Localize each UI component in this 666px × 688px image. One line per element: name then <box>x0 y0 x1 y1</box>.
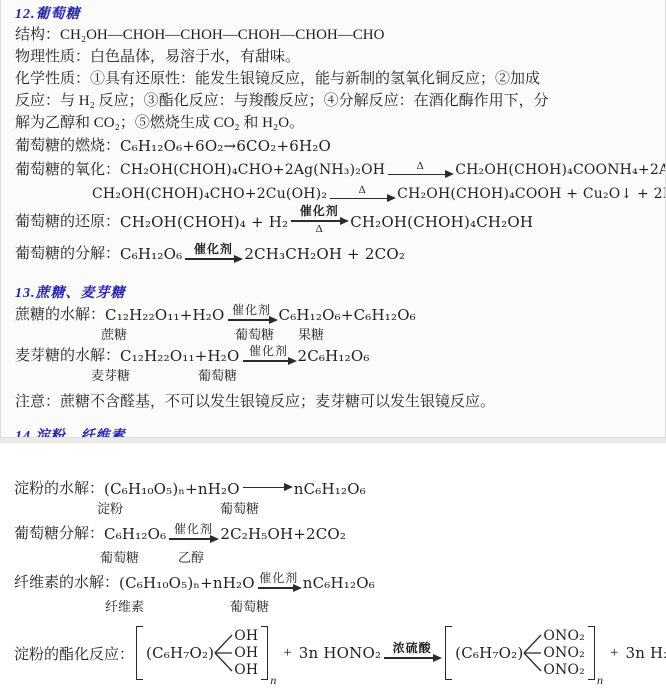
sublabel-sucrose: 蔗糖 <box>101 327 127 343</box>
starch-sublabels: 淀粉 葡萄糖 <box>14 501 662 518</box>
glucose-decomp-left: C₆H₁₂O₆ <box>104 518 166 550</box>
oh-group: OH <box>234 662 258 679</box>
glucose-chemical-line-1: 化学性质：①具有还原性：能发生银镜反应，能与新制的氢氧化铜反应；②加成 <box>15 68 661 90</box>
left-bracket <box>136 626 143 680</box>
glucose-oxidation-line-1: 葡萄糖的氧化： CH₂OH(CHOH)₄CHO+2Ag(NH₃)₂OH Δ CH… <box>15 158 661 182</box>
arrow-shaft <box>243 487 291 488</box>
starch-triol-structure: (C₆H₇O₂) OH OH OH n <box>136 626 274 680</box>
glucose-reduction-line: 葡萄糖的还原： CH₂OH(CHOH)₄ + H₂ 催化剂 Δ CH₂OH(CH… <box>15 206 661 238</box>
glucose-decomposition-line-2: 葡萄糖分解： C₆H₁₂O₆ 催化剂 2C₂H₅OH+2CO₂ <box>14 518 662 550</box>
glucose-decomposition-line: 葡萄糖的分解： C₆H₁₂O₆ 催化剂 2CH₃CH₂OH + 2CO₂ <box>15 238 661 270</box>
sulfuric-acid-condition: 浓硫酸 <box>393 642 432 655</box>
maltose-left: C₁₂H₂₂O₁₁+H₂O <box>120 344 240 368</box>
oh-group: OH <box>234 645 258 662</box>
cellulose-left: (C₆H₁₀O₅)ₙ+nH₂O <box>119 567 255 599</box>
polymer-n-subscript: n <box>270 673 276 688</box>
sublabel-ethanol: 乙醇 <box>178 550 204 566</box>
ono2-group: ONO₂ <box>543 628 585 645</box>
cellulose-sublabels: 纤维素 葡萄糖 <box>14 599 662 616</box>
reaction-arrow: 催化剂 <box>228 304 276 321</box>
sublabel-glucose: 葡萄糖 <box>235 327 274 343</box>
section-14-heading: 14.淀粉、纤维素 <box>15 427 661 437</box>
glucose-decomp-sublabels: 葡萄糖 乙醇 <box>14 550 662 567</box>
section-13-heading: 13.蔗糖、麦芽糖 <box>15 284 661 303</box>
glucose-oxidation-line-2: CH₂OH(CHOH)₄CHO+2Cu(OH)₂ Δ CH₂OH(CHOH)₄C… <box>92 182 661 206</box>
bond-fan-icon <box>214 626 234 680</box>
sublabel-maltose: 麦芽糖 <box>91 368 130 384</box>
glucose-chemical-line-3: 解为乙醇和 CO₂；⑤燃烧生成 CO₂ 和 H₂O。 <box>15 112 661 134</box>
starch-hydrolysis-line: 淀粉的水解： (C₆H₁₀O₅)ₙ+nH₂O nC₆H₁₂O₆ <box>14 477 662 501</box>
arrow-shaft <box>388 174 452 175</box>
maltose-sublabels: 麦芽糖 葡萄糖 <box>15 368 661 385</box>
arrow-shaft <box>243 360 295 361</box>
glucose-decomp-label: 葡萄糖分解： <box>14 518 104 550</box>
arrow-shaft <box>185 258 241 259</box>
plus-sign: + <box>610 645 618 662</box>
nitrate-groups: ONO₂ ONO₂ ONO₂ <box>543 628 585 679</box>
ester-core: (C₆H₇O₂) <box>146 644 214 662</box>
maltose-label: 麦芽糖的水解： <box>15 344 120 368</box>
starch-right: nC₆H₁₂O₆ <box>294 477 366 501</box>
sucrose-hydrolysis-line: 蔗糖的水解： C₁₂H₂₂O₁₁+H₂O 催化剂 C₆H₁₂O₆+C₆H₁₂O₆ <box>15 303 661 327</box>
plus-sign: + <box>283 645 291 662</box>
sublabel-cellulose: 纤维素 <box>105 599 144 615</box>
glucose-chemical-line-2: 反应：与 H₂ 反应；③酯化反应：与羧酸反应；④分解反应：在酒化酶作用下，分 <box>15 90 661 112</box>
oxidation-label: 葡萄糖的氧化： <box>15 158 120 182</box>
reaction-arrow: 催化剂 <box>243 345 295 362</box>
catalyst-condition: 催化剂 <box>232 304 271 317</box>
catalyst-condition: 催化剂 <box>249 345 288 358</box>
reaction-arrow: 催化剂 <box>185 243 241 260</box>
sublabel-glucose: 葡萄糖 <box>230 599 269 615</box>
reaction-arrow: 催化剂 Δ <box>291 205 347 234</box>
cellulose-right: nC₆H₁₂O₆ <box>303 567 375 599</box>
sucrose-label: 蔗糖的水解： <box>15 303 105 327</box>
sublabel-glucose: 葡萄糖 <box>100 550 139 566</box>
ono2-group: ONO₂ <box>543 645 585 662</box>
page-two-section: 淀粉的水解： (C₆H₁₀O₅)ₙ+nH₂O nC₆H₁₂O₆ 淀粉 葡萄糖 葡… <box>0 443 666 688</box>
oxidation-eq1-right: CH₂OH(CHOH)₄COONH₄+2Ag↓ +3NH₃+ H₂O <box>455 158 666 182</box>
right-bracket <box>588 626 595 680</box>
decomposition-left: C₆H₁₂O₆ <box>120 238 182 270</box>
bond-fan-icon <box>523 626 543 680</box>
ono2-group: ONO₂ <box>543 662 585 679</box>
document-page: 12.葡萄糖 结构：CH₂OH—CHOH—CHOH—CHOH—CHOH—CHO … <box>0 0 666 688</box>
esterification-label: 淀粉的酯化反应： <box>14 643 134 664</box>
polymer-n-subscript: n <box>597 673 603 688</box>
sublabel-fructose: 果糖 <box>298 327 324 343</box>
note-line: 注意：蔗糖不含醛基，不可以发生银镜反应；麦芽糖可以发生银镜反应。 <box>15 391 661 413</box>
reaction-arrow: 浓硫酸 <box>384 642 440 659</box>
right-bracket <box>261 626 268 680</box>
arrow-shaft <box>258 587 300 588</box>
delta-condition: Δ <box>417 160 424 172</box>
reaction-arrow: Δ <box>330 184 394 200</box>
decomposition-right: 2CH₃CH₂OH + 2CO₂ <box>244 238 405 270</box>
starch-label: 淀粉的水解： <box>14 477 104 501</box>
reduction-label: 葡萄糖的还原： <box>15 206 120 238</box>
hydroxyl-groups: OH OH OH <box>234 628 258 679</box>
reaction-arrow <box>243 485 291 489</box>
delta-condition: Δ <box>316 223 323 235</box>
cellulose-hydrolysis-line: 纤维素的水解： (C₆H₁₀O₅)ₙ+nH₂O 催化剂 nC₆H₁₂O₆ <box>14 567 662 599</box>
combustion-equation: C₆H₁₂O₆+6O₂→6CO₂+6H₂O <box>120 134 331 158</box>
nitric-acid-reagent: 3n HONO₂ <box>299 644 381 662</box>
glucose-physical-line: 物理性质：白色晶体，易溶于水，有甜味。 <box>15 46 661 68</box>
page-one-section: 12.葡萄糖 结构：CH₂OH—CHOH—CHOH—CHOH—CHOH—CHO … <box>0 0 666 437</box>
decomposition-label: 葡萄糖的分解： <box>15 238 120 270</box>
starch-nitrate-structure: (C₆H₇O₂) ONO₂ ONO₂ ONO₂ n <box>445 626 601 680</box>
sucrose-right: C₆H₁₂O₆+C₆H₁₂O₆ <box>279 303 416 327</box>
delta-condition: Δ <box>359 184 366 196</box>
reduction-right: CH₂OH(CHOH)₄CH₂OH <box>350 206 533 238</box>
maltose-right: 2C₆H₁₂O₆ <box>298 344 370 368</box>
sublabel-starch: 淀粉 <box>97 501 123 517</box>
reaction-arrow: Δ <box>388 160 452 176</box>
sublabel-glucose: 葡萄糖 <box>220 501 259 517</box>
maltose-hydrolysis-line: 麦芽糖的水解： C₁₂H₂₂O₁₁+H₂O 催化剂 2C₆H₁₂O₆ <box>15 344 661 368</box>
glucose-decomp-right: 2C₂H₅OH+2CO₂ <box>220 518 346 550</box>
water-product: 3n H₂O <box>625 644 666 662</box>
arrow-shaft <box>291 220 347 221</box>
arrow-shaft <box>169 538 217 539</box>
starch-left: (C₆H₁₀O₅)ₙ+nH₂O <box>104 477 240 501</box>
left-bracket <box>445 626 452 680</box>
glucose-structure-line: 结构：CH₂OH—CHOH—CHOH—CHOH—CHOH—CHO <box>15 24 661 46</box>
arrow-shaft <box>228 319 276 320</box>
catalyst-condition: 催化剂 <box>174 523 213 536</box>
sublabel-glucose: 葡萄糖 <box>198 368 237 384</box>
section-12-heading: 12.葡萄糖 <box>15 5 661 24</box>
catalyst-condition: 催化剂 <box>300 205 339 218</box>
oh-group: OH <box>234 628 258 645</box>
reaction-arrow: 催化剂 <box>258 572 300 589</box>
oxidation-eq2-left: CH₂OH(CHOH)₄CHO+2Cu(OH)₂ <box>92 182 327 206</box>
ester-core: (C₆H₇O₂) <box>455 644 523 662</box>
sucrose-left: C₁₂H₂₂O₁₁+H₂O <box>105 303 225 327</box>
oxidation-eq1-left: CH₂OH(CHOH)₄CHO+2Ag(NH₃)₂OH <box>120 158 385 182</box>
arrow-shaft <box>330 198 394 199</box>
catalyst-condition: 催化剂 <box>194 243 233 256</box>
oxidation-eq2-right: CH₂OH(CHOH)₄COOH + Cu₂O↓ + 2H₂O <box>397 182 666 206</box>
cellulose-label: 纤维素的水解： <box>14 567 119 599</box>
reduction-left: CH₂OH(CHOH)₄ + H₂ <box>120 206 288 238</box>
glucose-combustion-line: 葡萄糖的燃烧： C₆H₁₂O₆+6O₂→6CO₂+6H₂O <box>15 134 661 158</box>
sucrose-sublabels: 蔗糖 葡萄糖 果糖 <box>15 327 661 344</box>
reaction-arrow: 催化剂 <box>169 523 217 540</box>
arrow-shaft <box>384 657 440 658</box>
combustion-label: 葡萄糖的燃烧： <box>15 134 120 158</box>
starch-esterification-line: 淀粉的酯化反应： (C₆H₇O₂) OH OH OH n + 3n HONO₂ <box>14 626 662 680</box>
